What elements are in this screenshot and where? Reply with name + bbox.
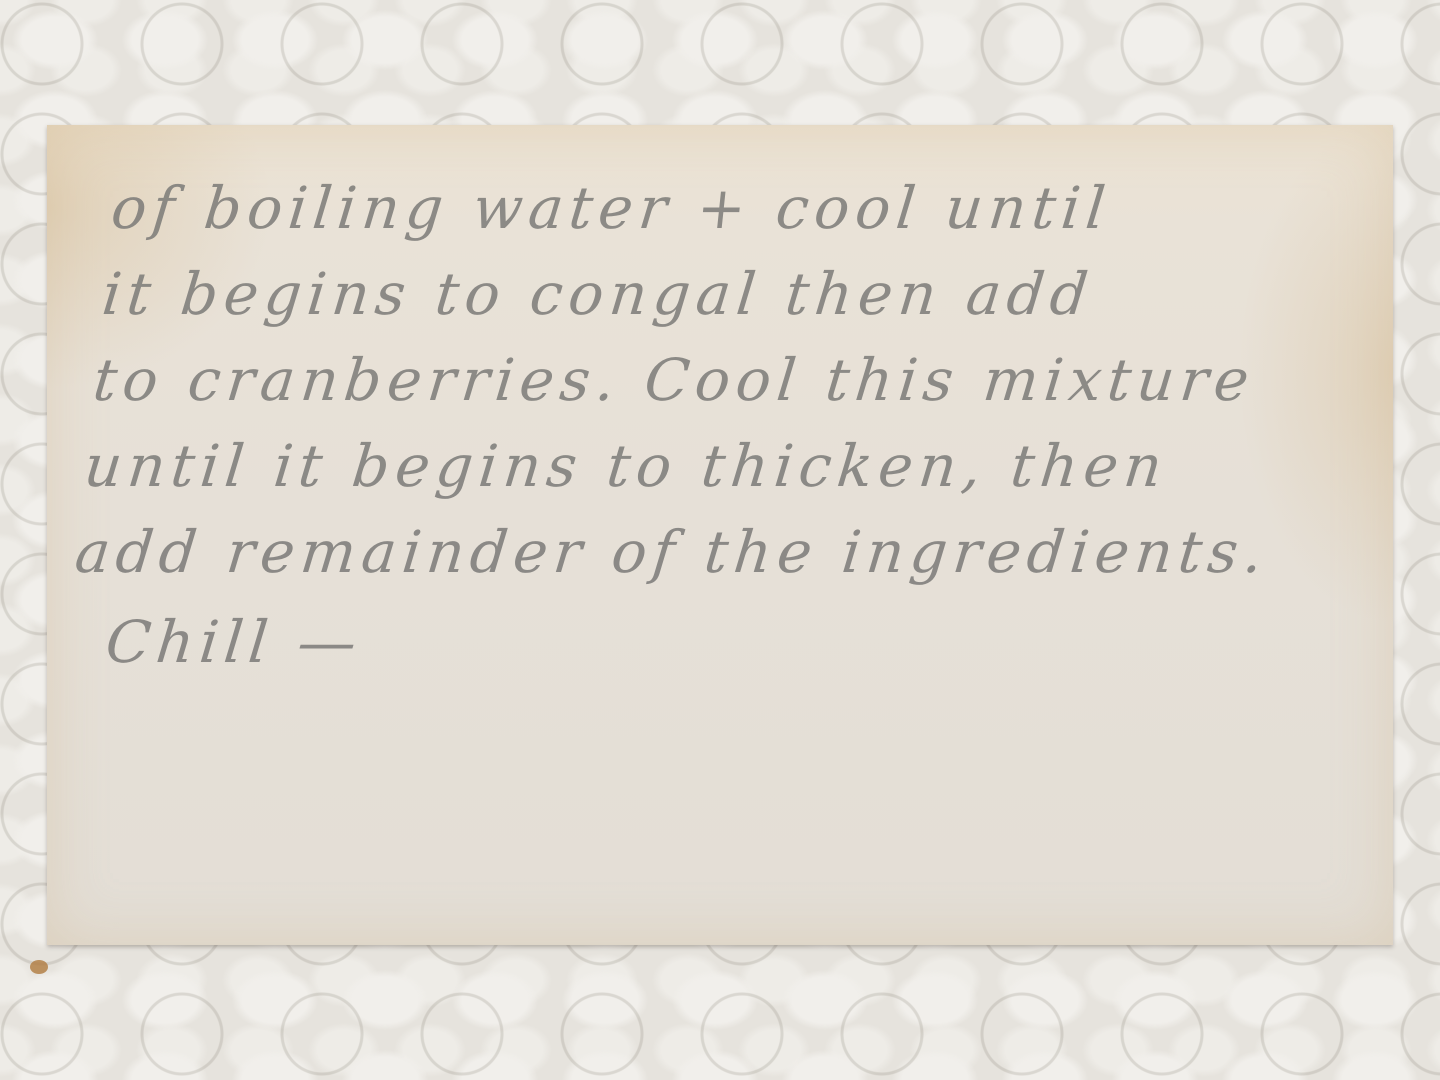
text-line-1: of boiling water + cool until (107, 165, 1390, 251)
text-line-5: add remainder of the ingredients. (71, 509, 1354, 595)
text-line-6: Chill — (102, 599, 1345, 685)
text-line-3: to cranberries. Cool this mixture (89, 337, 1372, 423)
text-line-4: until it begins to thicken, then (80, 423, 1363, 509)
recipe-card: of boiling water + cool until it begins … (47, 125, 1393, 945)
quilt-stain (30, 960, 48, 974)
handwritten-text: of boiling water + cool until it begins … (62, 165, 1391, 685)
text-line-2: it begins to congal then add (98, 251, 1381, 337)
